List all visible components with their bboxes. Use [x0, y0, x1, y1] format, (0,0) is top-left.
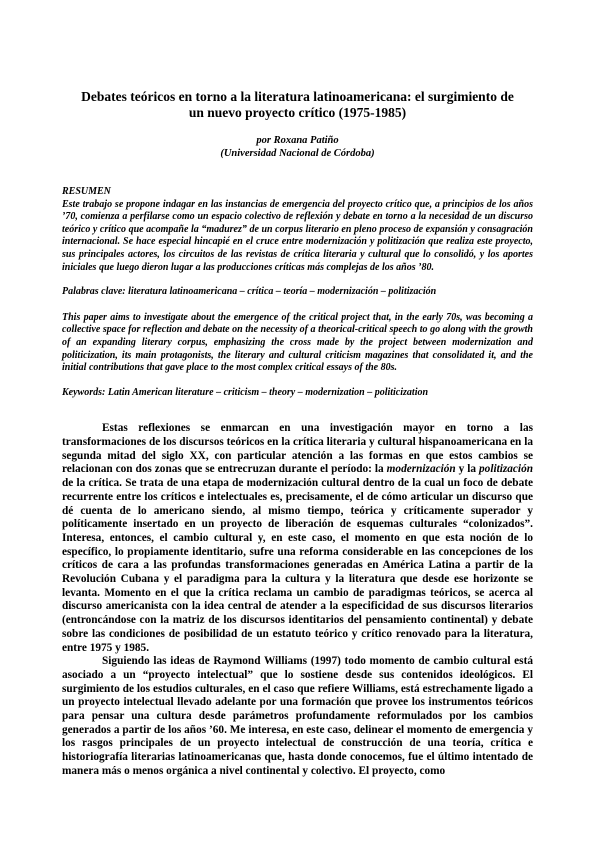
body-paragraph: Siguiendo las ideas de Raymond Williams … [62, 655, 533, 778]
body-paragraph: Estas reflexiones se enmarcan en una inv… [62, 422, 533, 655]
palabras-clave: Palabras clave: literatura latinoamerica… [62, 286, 533, 299]
resumen-text: Este trabajo se propone indagar en las i… [62, 199, 533, 275]
abstract-text-english: This paper aims to investigate about the… [62, 312, 533, 375]
author-affiliation: (Universidad Nacional de Córdoba) [62, 147, 533, 160]
author-byline: por Roxana Patiño [62, 134, 533, 147]
page-title: Debates teóricos en torno a la literatur… [80, 89, 516, 121]
paper-page: Debates teóricos en torno a la literatur… [0, 0, 595, 842]
article-body: Estas reflexiones se enmarcan en una inv… [62, 422, 533, 778]
keywords: Keywords: Latin American literature – cr… [62, 387, 533, 400]
resumen-section: RESUMEN Este trabajo se propone indagar … [62, 186, 533, 399]
resumen-heading: RESUMEN [62, 186, 533, 199]
author-block: por Roxana Patiño (Universidad Nacional … [62, 134, 533, 160]
